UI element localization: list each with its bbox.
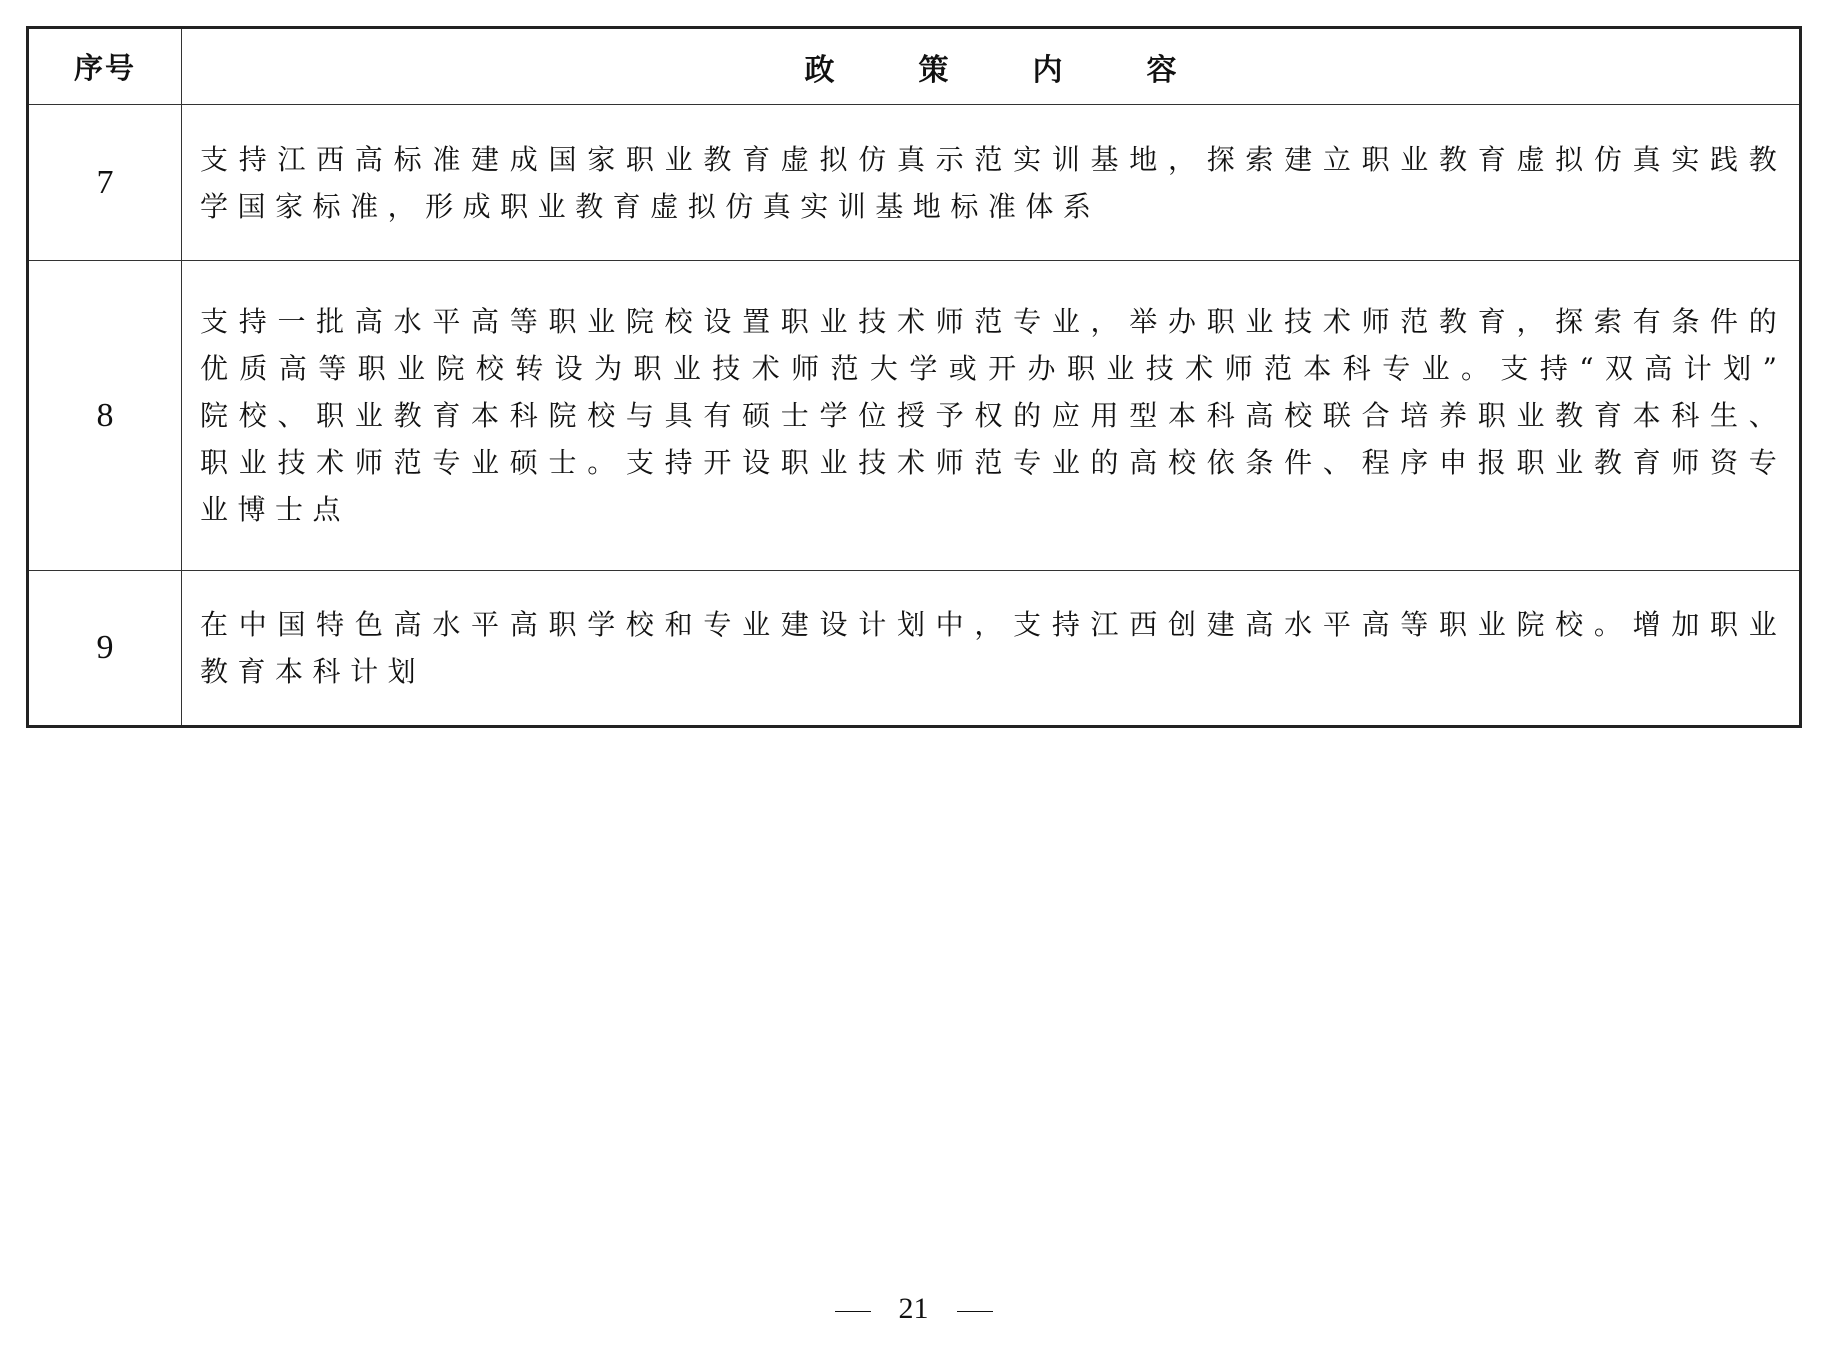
glyph: 术 (897, 439, 925, 486)
glyph: 水 (1284, 601, 1312, 648)
glyph: 教 (1749, 136, 1777, 183)
glyph: 高 (1245, 601, 1273, 648)
glyph: 支 (1013, 601, 1041, 648)
glyph: 索 (1245, 136, 1273, 183)
glyph: 准 (432, 136, 460, 183)
glyph: 教 (1555, 392, 1583, 439)
glyph: 校 (665, 298, 693, 345)
glyph: 本 (275, 648, 303, 695)
glyph: 本 (1303, 345, 1331, 392)
policy-text-line: 学国家标准，形成职业教育虚拟仿真实训基地标准体系 (200, 183, 1777, 230)
glyph: 博 (238, 486, 266, 533)
glyph: 业 (1422, 345, 1450, 392)
glyph: 践 (1710, 136, 1738, 183)
glyph: 、 (277, 392, 305, 439)
glyph: 技 (858, 439, 886, 486)
glyph: 持 (239, 136, 267, 183)
glyph: 序 (1400, 439, 1428, 486)
glyph: 职 (1710, 601, 1738, 648)
glyph: 业 (1516, 392, 1544, 439)
glyph: 师 (936, 439, 964, 486)
glyph: 教 (1439, 136, 1467, 183)
glyph: 一 (277, 298, 305, 345)
table-row: 7 支持江西高标准建成国家职业教育虚拟仿真示范实训基地，探索建立职业教育虚拟仿真… (29, 104, 1799, 260)
glyph: 科 (510, 392, 538, 439)
glyph: 育 (1478, 136, 1506, 183)
glyph: 高 (355, 298, 383, 345)
glyph: 、 (1749, 392, 1777, 439)
glyph: 师 (1362, 298, 1390, 345)
glyph: 大 (870, 345, 898, 392)
glyph: 等 (510, 298, 538, 345)
glyph: 业 (665, 136, 693, 183)
glyph: 支 (626, 439, 654, 486)
table-header-row: 序号 政 策 内 容 (29, 29, 1799, 104)
glyph: 用 (1091, 392, 1119, 439)
glyph: 业 (355, 392, 383, 439)
glyph: 地 (913, 183, 941, 230)
glyph: 学 (909, 345, 937, 392)
glyph: 本 (1168, 392, 1196, 439)
glyph: 教 (1439, 298, 1467, 345)
glyph: 应 (1052, 392, 1080, 439)
row-number-cell: 9 (29, 571, 182, 725)
glyph: 学 (587, 601, 615, 648)
glyph: 件 (1284, 439, 1312, 486)
glyph: 报 (1478, 439, 1506, 486)
glyph: 水 (432, 601, 460, 648)
glyph: 仿 (1594, 136, 1622, 183)
glyph: “ (1579, 345, 1593, 392)
glyph: 为 (594, 345, 622, 392)
glyph: 业 (1555, 439, 1583, 486)
glyph: 术 (897, 298, 925, 345)
header-no-label: 序号 (74, 46, 136, 87)
glyph: 专 (1382, 345, 1410, 392)
glyph: 专 (1013, 439, 1041, 486)
glyph: 平 (471, 601, 499, 648)
glyph: 士 (275, 486, 303, 533)
glyph: 批 (316, 298, 344, 345)
glyph: 职 (548, 298, 576, 345)
glyph: 探 (1555, 298, 1583, 345)
glyph: 职 (316, 392, 344, 439)
glyph: 高 (1245, 392, 1273, 439)
glyph: 开 (703, 439, 731, 486)
glyph: 计 (350, 648, 378, 695)
glyph: 优 (200, 345, 228, 392)
glyph: 持 (1052, 601, 1080, 648)
glyph: 仿 (858, 136, 886, 183)
glyph: 职 (548, 601, 576, 648)
glyph: 高 (471, 298, 499, 345)
glyph: 有 (703, 392, 731, 439)
glyph: 标 (950, 183, 978, 230)
glyph: 科 (1343, 345, 1371, 392)
header-policy-label: 政 策 内 容 (182, 45, 1799, 89)
document-page: 序号 政 策 内 容 7 支持江西高标准建成国家职业教育虚拟仿真示范实训基地，探… (0, 0, 1827, 1359)
glyph: 业 (239, 439, 267, 486)
glyph: 业 (820, 439, 848, 486)
glyph: 平 (1323, 601, 1351, 648)
glyph: 。 (1461, 345, 1489, 392)
glyph: 建 (1207, 601, 1235, 648)
glyph: 技 (1284, 298, 1312, 345)
glyph: 或 (949, 345, 977, 392)
glyph: 业 (742, 601, 770, 648)
glyph: 教 (1594, 439, 1622, 486)
glyph: 生 (1710, 392, 1738, 439)
glyph: 建 (471, 136, 499, 183)
glyph: 专 (703, 601, 731, 648)
glyph: 型 (1129, 392, 1157, 439)
glyph: 学 (820, 392, 848, 439)
glyph: 地 (1129, 136, 1157, 183)
glyph: 资 (1710, 439, 1738, 486)
glyph: 的 (1013, 392, 1041, 439)
glyph: 业 (820, 298, 848, 345)
row-number: 8 (97, 397, 114, 435)
glyph: 依 (1207, 439, 1235, 486)
glyph: 双 (1605, 345, 1633, 392)
glyph: 院 (548, 392, 576, 439)
glyph: ， (1091, 298, 1119, 345)
glyph: 标 (313, 183, 341, 230)
glyph: 计 (858, 601, 886, 648)
glyph: 育 (742, 136, 770, 183)
glyph: 成 (463, 183, 491, 230)
glyph: 持 (665, 439, 693, 486)
glyph: 范 (974, 439, 1002, 486)
glyph: 的 (1749, 298, 1777, 345)
glyph: 高 (355, 136, 383, 183)
glyph: 与 (626, 392, 654, 439)
glyph: 培 (1400, 392, 1428, 439)
glyph: 仿 (725, 183, 753, 230)
glyph: 等 (1400, 601, 1428, 648)
glyph: 持 (1540, 345, 1568, 392)
header-policy-char: 政 (805, 45, 835, 89)
row-number-cell: 7 (29, 105, 182, 260)
glyph: 索 (1594, 298, 1622, 345)
glyph: 范 (831, 345, 859, 392)
glyph: 科 (1207, 392, 1235, 439)
glyph: 师 (791, 345, 819, 392)
glyph: 高 (1644, 345, 1672, 392)
policy-text-line: 支持江西高标准建成国家职业教育虚拟仿真示范实训基地，探索建立职业教育虚拟仿真实践… (200, 136, 1777, 183)
glyph: 职 (633, 345, 661, 392)
glyph: 的 (1091, 439, 1119, 486)
glyph: 。 (1594, 601, 1622, 648)
dash-left (835, 1311, 871, 1312)
glyph: 科 (313, 648, 341, 695)
glyph: 持 (239, 298, 267, 345)
glyph: 训 (838, 183, 866, 230)
glyph: 真 (897, 136, 925, 183)
row-policy-cell: 在中国特色高水平高职学校和专业建设计划中，支持江西创建高水平高等职业院校。增加职… (182, 571, 1799, 725)
glyph: 职 (358, 345, 386, 392)
glyph: 业 (1052, 298, 1080, 345)
glyph: 探 (1207, 136, 1235, 183)
glyph: 技 (858, 298, 886, 345)
header-policy-char: 内 (1033, 45, 1063, 89)
glyph: 西 (1129, 601, 1157, 648)
glyph: 育 (1633, 439, 1661, 486)
glyph: 育 (238, 648, 266, 695)
glyph: 划 (897, 601, 925, 648)
glyph: 育 (1478, 298, 1506, 345)
glyph: 国 (548, 136, 576, 183)
glyph: 真 (1633, 136, 1661, 183)
glyph: 拟 (820, 136, 848, 183)
glyph: 计 (1684, 345, 1712, 392)
glyph: 形 (425, 183, 453, 230)
glyph: 有 (1633, 298, 1661, 345)
glyph: 示 (936, 136, 964, 183)
glyph: 技 (712, 345, 740, 392)
glyph: 职 (1516, 439, 1544, 486)
header-policy-char: 策 (919, 45, 949, 89)
glyph: ， (388, 183, 416, 230)
glyph: 校 (1284, 392, 1312, 439)
glyph: 实 (800, 183, 828, 230)
glyph: 。 (587, 439, 615, 486)
glyph: 家 (275, 183, 303, 230)
glyph: 师 (1225, 345, 1253, 392)
table-row: 9 在中国特色高水平高职学校和专业建设计划中，支持江西创建高水平高等职业院校。增… (29, 570, 1799, 725)
glyph: 江 (1091, 601, 1119, 648)
glyph: 点 (313, 486, 341, 533)
glyph: 职 (1362, 136, 1390, 183)
page-number-value: 21 (899, 1292, 929, 1325)
glyph: 业 (1245, 298, 1273, 345)
glyph: 江 (277, 136, 305, 183)
policy-text-line: 支持一批高水平高等职业院校设置职业技术师范专业，举办职业技术师范教育，探索有条件… (200, 298, 1777, 345)
glyph: 师 (1671, 439, 1699, 486)
glyph: 范 (394, 439, 422, 486)
glyph: 范 (1400, 298, 1428, 345)
glyph: 专 (1013, 298, 1041, 345)
glyph: 划 (1723, 345, 1751, 392)
glyph: 本 (1633, 392, 1661, 439)
glyph: 教 (394, 392, 422, 439)
glyph: 中 (239, 601, 267, 648)
glyph: 业 (1478, 601, 1506, 648)
glyph: 实 (1013, 136, 1041, 183)
glyph: 办 (1028, 345, 1056, 392)
glyph: 职 (200, 439, 228, 486)
glyph: 术 (316, 439, 344, 486)
glyph: 基 (875, 183, 903, 230)
glyph: 色 (355, 601, 383, 648)
glyph: 家 (587, 136, 615, 183)
glyph: 高 (1129, 439, 1157, 486)
glyph: 教 (703, 136, 731, 183)
glyph: 业 (200, 486, 228, 533)
glyph: 支 (1500, 345, 1528, 392)
glyph: 国 (277, 601, 305, 648)
glyph: 等 (318, 345, 346, 392)
glyph: 院 (436, 345, 464, 392)
policy-text-line: 教育本科计划 (200, 648, 1777, 695)
glyph: 院 (200, 392, 228, 439)
glyph: 业 (471, 439, 499, 486)
glyph: 申 (1439, 439, 1467, 486)
glyph: 平 (432, 298, 460, 345)
glyph: 职 (1478, 392, 1506, 439)
glyph: 校 (476, 345, 504, 392)
glyph: 成 (510, 136, 538, 183)
row-number-cell: 8 (29, 261, 182, 570)
glyph: 质 (239, 345, 267, 392)
glyph: 举 (1129, 298, 1157, 345)
glyph: 合 (1362, 392, 1390, 439)
glyph: 中 (936, 601, 964, 648)
glyph: 职 (1067, 345, 1095, 392)
glyph: 育 (1594, 392, 1622, 439)
glyph: 标 (394, 136, 422, 183)
glyph: 设 (742, 439, 770, 486)
glyph: 建 (781, 601, 809, 648)
glyph: ， (974, 601, 1002, 648)
glyph: 职 (626, 136, 654, 183)
glyph: 教 (575, 183, 603, 230)
glyph: 授 (897, 392, 925, 439)
glyph: 育 (432, 392, 460, 439)
glyph: ” (1763, 345, 1777, 392)
dash-right (957, 1311, 993, 1312)
glyph: 高 (279, 345, 307, 392)
glyph: 水 (394, 298, 422, 345)
glyph: 条 (1245, 439, 1273, 486)
glyph: 创 (1168, 601, 1196, 648)
glyph: 基 (1091, 136, 1119, 183)
glyph: 学 (200, 183, 228, 230)
glyph: 虚 (1516, 136, 1544, 183)
policy-text-line: 业博士点 (200, 486, 1777, 533)
glyph: 育 (613, 183, 641, 230)
glyph: 硕 (510, 439, 538, 486)
glyph: 特 (316, 601, 344, 648)
glyph: 职 (500, 183, 528, 230)
glyph: 训 (1052, 136, 1080, 183)
glyph: 院 (1516, 601, 1544, 648)
glyph: ， (1516, 298, 1544, 345)
glyph: 专 (1749, 439, 1777, 486)
row-number: 7 (97, 164, 114, 202)
glyph: 范 (1264, 345, 1292, 392)
glyph: 支 (200, 136, 228, 183)
glyph: 职 (1207, 298, 1235, 345)
glyph: 虚 (650, 183, 678, 230)
glyph: 拟 (1555, 136, 1583, 183)
policy-text-line: 在中国特色高水平高职学校和专业建设计划中，支持江西创建高水平高等职业院校。增加职… (200, 601, 1777, 648)
glyph: 支 (200, 298, 228, 345)
glyph: 高 (510, 601, 538, 648)
glyph: 实 (1671, 136, 1699, 183)
glyph: 业 (587, 298, 615, 345)
glyph: 校 (239, 392, 267, 439)
glyph: 准 (988, 183, 1016, 230)
glyph: 增 (1633, 601, 1661, 648)
glyph: 教 (200, 648, 228, 695)
glyph: 养 (1439, 392, 1467, 439)
glyph: 和 (665, 601, 693, 648)
glyph: 师 (355, 439, 383, 486)
glyph: 业 (1052, 439, 1080, 486)
glyph: 虚 (781, 136, 809, 183)
glyph: 校 (626, 601, 654, 648)
glyph: 设 (820, 601, 848, 648)
glyph: 高 (1362, 601, 1390, 648)
policy-text-line: 院校、职业教育本科院校与具有硕士学位授予权的应用型本科高校联合培养职业教育本科生… (200, 392, 1777, 439)
glyph: 西 (316, 136, 344, 183)
glyph: 高 (394, 601, 422, 648)
glyph: 、 (1323, 439, 1351, 486)
glyph: 权 (974, 392, 1002, 439)
glyph: 校 (587, 392, 615, 439)
glyph: 业 (1749, 601, 1777, 648)
glyph: 系 (1063, 183, 1091, 230)
glyph: 设 (555, 345, 583, 392)
row-policy-cell: 支持江西高标准建成国家职业教育虚拟仿真示范实训基地，探索建立职业教育虚拟仿真实践… (182, 105, 1799, 260)
glyph: 业 (1400, 136, 1428, 183)
glyph: 联 (1323, 392, 1351, 439)
row-policy-cell: 支持一批高水平高等职业院校设置职业技术师范专业，举办职业技术师范教育，探索有条件… (182, 261, 1799, 570)
glyph: 准 (350, 183, 378, 230)
page-number: 21 (0, 1292, 1827, 1326)
glyph: 真 (763, 183, 791, 230)
glyph: ， (1168, 136, 1196, 183)
glyph: 建 (1284, 136, 1312, 183)
glyph: 业 (397, 345, 425, 392)
glyph: 予 (936, 392, 964, 439)
glyph: 具 (665, 392, 693, 439)
policy-table: 序号 政 策 内 容 7 支持江西高标准建成国家职业教育虚拟仿真示范实训基地，探… (26, 26, 1802, 728)
glyph: 职 (781, 298, 809, 345)
glyph: 件 (1710, 298, 1738, 345)
glyph: 术 (752, 345, 780, 392)
glyph: 置 (742, 298, 770, 345)
glyph: 条 (1671, 298, 1699, 345)
glyph: 职 (781, 439, 809, 486)
header-cell-policy: 政 策 内 容 (182, 29, 1799, 104)
glyph: 体 (1025, 183, 1053, 230)
glyph: 士 (781, 392, 809, 439)
glyph: 术 (1323, 298, 1351, 345)
glyph: 专 (432, 439, 460, 486)
glyph: 校 (1168, 439, 1196, 486)
glyph: 开 (988, 345, 1016, 392)
glyph: 业 (1106, 345, 1134, 392)
glyph: 立 (1323, 136, 1351, 183)
glyph: 科 (1671, 392, 1699, 439)
policy-text-line: 优质高等职业院校转设为职业技术师范大学或开办职业技术师范本科专业。支持“双高计划… (200, 345, 1777, 392)
glyph: 范 (974, 136, 1002, 183)
glyph: 术 (1185, 345, 1213, 392)
glyph: 拟 (688, 183, 716, 230)
table-row: 8 支持一批高水平高等职业院校设置职业技术师范专业，举办职业技术师范教育，探索有… (29, 260, 1799, 570)
glyph: 业 (538, 183, 566, 230)
glyph: 办 (1168, 298, 1196, 345)
header-cell-no: 序号 (29, 29, 182, 104)
glyph: 加 (1671, 601, 1699, 648)
header-policy-char: 容 (1147, 45, 1177, 89)
row-number: 9 (97, 629, 114, 667)
policy-text-line: 职业技术师范专业硕士。支持开设职业技术师范专业的高校依条件、程序申报职业教育师资… (200, 439, 1777, 486)
glyph: 校 (1555, 601, 1583, 648)
glyph: 国 (238, 183, 266, 230)
